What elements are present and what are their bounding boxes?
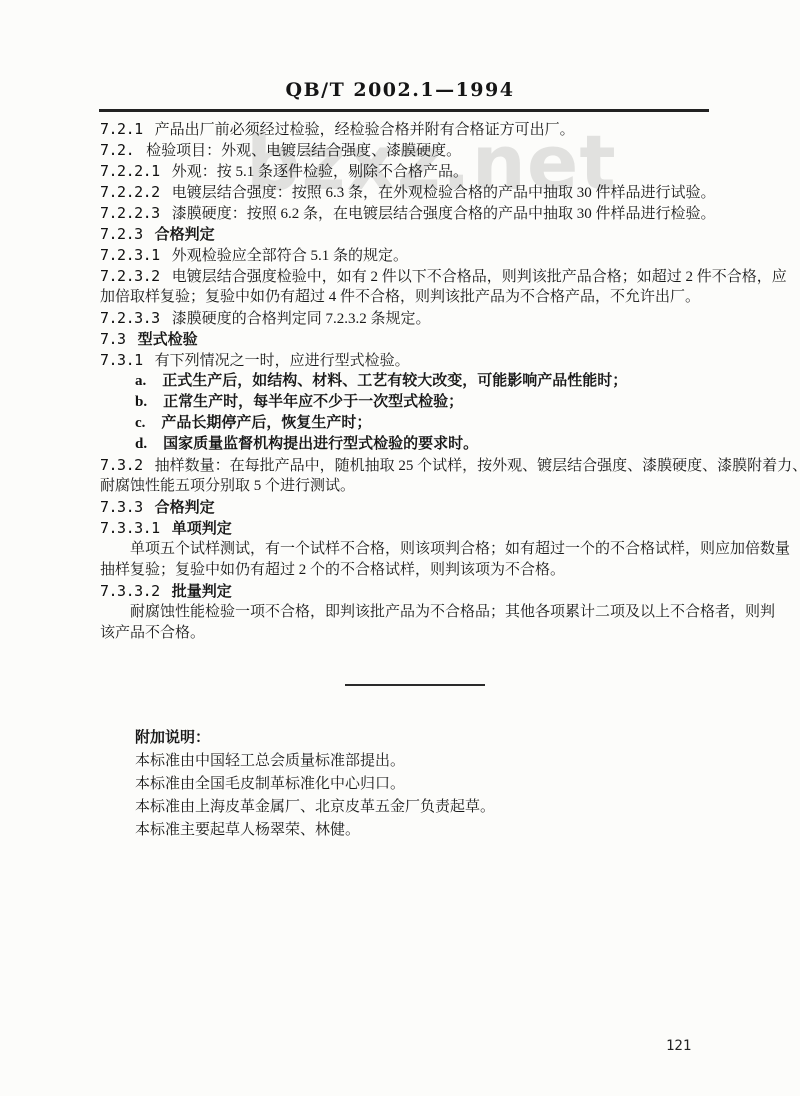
item-text: 正式生产后，如结构、材料、工艺有较大改变，可能影响产品性能时；	[162, 373, 627, 389]
list-item-d: d.国家质量监督机构提出进行型式检验的要求时。	[100, 434, 725, 455]
item-letter: a.	[135, 371, 146, 392]
section-text: 批量判定	[172, 584, 232, 600]
list-item-c: c.产品长期停产后，恢复生产时；	[100, 413, 725, 434]
section-text: 合格判定	[155, 227, 215, 243]
page-number: 121	[666, 1038, 691, 1054]
section-text: 合格判定	[155, 500, 215, 516]
list-item-b: b.正常生产时，每半年应不少于一次型式检验；	[100, 392, 725, 413]
item-letter: d.	[135, 434, 147, 455]
para-7-3-3-2-body: 耐腐蚀性能检验一项不合格，即判该批产品为不合格品；其他各项累计二项及以上不合格者…	[100, 602, 725, 623]
notes-line: 本标准主要起草人杨翠荣、林健。	[135, 819, 495, 842]
para-7-2-3-3: 7.2.3.3漆膜硬度的合格判定同 7.2.3.2 条规定。	[100, 308, 725, 329]
section-number: 7.3.3	[100, 497, 143, 518]
section-number: 7.2.2.1	[100, 161, 160, 182]
notes-title: 附加说明：	[135, 727, 495, 750]
section-number: 7.3	[100, 329, 126, 350]
document-page: QB/T 2002.1—1994 bzxz.net 7.2.1产品出厂前必须经过…	[0, 0, 800, 1096]
item-text: 产品长期停产后，恢复生产时；	[161, 415, 371, 431]
section-text: 外观：按 5.1 条逐件检验，剔除不合格产品。	[172, 164, 468, 180]
continuation-text: 该产品不合格。	[100, 625, 205, 641]
continuation-text: 加倍取样复验；复验中如仍有超过 4 件不合格，则判该批产品为不合格产品，不允许出…	[100, 289, 700, 305]
para-7-3-1: 7.3.1有下列情况之一时，应进行型式检验。	[100, 350, 725, 371]
section-number: 7.2.1	[100, 119, 143, 140]
para-7-3-3-1-body: 单项五个试样测试，有一个试样不合格，则该项判合格；如有超过一个的不合格试样，则应…	[100, 539, 725, 560]
notes-line: 本标准由全国毛皮制革标准化中心归口。	[135, 773, 495, 796]
document-body: 7.2.1产品出厂前必须经过检验，经检验合格并附有合格证方可出厂。 7.2.检验…	[100, 119, 725, 644]
section-text: 产品出厂前必须经过检验，经检验合格并附有合格证方可出厂。	[155, 122, 575, 138]
section-text: 型式检验	[138, 332, 198, 348]
para-7-2-2-1: 7.2.2.1外观：按 5.1 条逐件检验，剔除不合格产品。	[100, 161, 725, 182]
section-number: 7.2.2.2	[100, 182, 160, 203]
item-letter: b.	[135, 392, 147, 413]
paragraph-text: 耐腐蚀性能检验一项不合格，即判该批产品为不合格品；其他各项累计二项及以上不合格者…	[130, 604, 775, 620]
para-7-2-2-3: 7.2.2.3漆膜硬度：按照 6.2 条，在电镀层结合强度合格的产品中抽取 30…	[100, 203, 725, 224]
section-text: 漆膜硬度的合格判定同 7.2.3.2 条规定。	[172, 311, 431, 327]
notes-line: 本标准由上海皮革金属厂、北京皮革五金厂负责起草。	[135, 796, 495, 819]
para-7-2-2-2: 7.2.2.2电镀层结合强度：按照 6.3 条，在外观检验合格的产品中抽取 30…	[100, 182, 725, 203]
section-number: 7.3.3.2	[100, 581, 160, 602]
para-7-3-2-cont: 耐腐蚀性能五项分别取 5 个进行测试。	[100, 476, 725, 497]
heading-7-3-3-1: 7.3.3.1单项判定	[100, 518, 725, 539]
section-number: 7.2.2.3	[100, 203, 160, 224]
section-text: 漆膜硬度：按照 6.2 条，在电镀层结合强度合格的产品中抽取 30 件样品进行检…	[172, 206, 716, 222]
continuation-text: 抽样复验；复验中如仍有超过 2 个的不合格试样，则判该项为不合格。	[100, 562, 565, 578]
para-7-2: 7.2.检验项目：外观、电镀层结合强度、漆膜硬度。	[100, 140, 725, 161]
heading-7-3-3-2: 7.3.3.2批量判定	[100, 581, 725, 602]
section-number: 7.2.3	[100, 224, 143, 245]
para-7-2-3-1: 7.2.3.1外观检验应全部符合 5.1 条的规定。	[100, 245, 725, 266]
para-7-3-3-2-cont: 该产品不合格。	[100, 623, 725, 644]
item-text: 国家质量监督机构提出进行型式检验的要求时。	[163, 436, 478, 452]
section-number: 7.2.3.2	[100, 266, 160, 287]
item-text: 正常生产时，每半年应不少于一次型式检验；	[163, 394, 463, 410]
continuation-text: 耐腐蚀性能五项分别取 5 个进行测试。	[100, 478, 355, 494]
section-text: 抽样数量：在每批产品中，随机抽取 25 个试样，按外观、镀层结合强度、漆膜硬度、…	[155, 458, 800, 474]
section-number: 7.2.3.1	[100, 245, 160, 266]
heading-7-3: 7.3型式检验	[100, 329, 725, 350]
para-7-3-3-1-cont: 抽样复验；复验中如仍有超过 2 个的不合格试样，则判该项为不合格。	[100, 560, 725, 581]
section-number: 7.3.3.1	[100, 518, 160, 539]
section-text: 有下列情况之一时，应进行型式检验。	[155, 353, 410, 369]
para-7-2-1: 7.2.1产品出厂前必须经过检验，经检验合格并附有合格证方可出厂。	[100, 119, 725, 140]
heading-7-3-3: 7.3.3合格判定	[100, 497, 725, 518]
para-7-3-2: 7.3.2抽样数量：在每批产品中，随机抽取 25 个试样，按外观、镀层结合强度、…	[100, 455, 725, 476]
paragraph-text: 单项五个试样测试，有一个试样不合格，则该项判合格；如有超过一个的不合格试样，则应…	[130, 541, 790, 557]
section-text: 外观检验应全部符合 5.1 条的规定。	[172, 248, 408, 264]
section-number: 7.2.	[100, 140, 134, 161]
section-number: 7.3.1	[100, 350, 143, 371]
section-text: 检验项目：外观、电镀层结合强度、漆膜硬度。	[146, 143, 461, 159]
section-end-divider	[345, 684, 485, 686]
para-7-2-3-2-cont: 加倍取样复验；复验中如仍有超过 4 件不合格，则判该批产品为不合格产品，不允许出…	[100, 287, 725, 308]
section-number: 7.2.3.3	[100, 308, 160, 329]
list-item-a: a.正式生产后，如结构、材料、工艺有较大改变，可能影响产品性能时；	[100, 371, 725, 392]
notes-line: 本标准由中国轻工总会质量标准部提出。	[135, 750, 495, 773]
section-number: 7.3.2	[100, 455, 143, 476]
appendix-notes: 附加说明： 本标准由中国轻工总会质量标准部提出。 本标准由全国毛皮制革标准化中心…	[135, 727, 495, 842]
item-letter: c.	[135, 413, 145, 434]
header-rule	[99, 109, 709, 112]
heading-7-2-3: 7.2.3合格判定	[100, 224, 725, 245]
section-text: 单项判定	[172, 521, 232, 537]
section-text: 电镀层结合强度检验中，如有 2 件以下不合格品，则判该批产品合格；如超过 2 件…	[172, 269, 787, 285]
section-text: 电镀层结合强度：按照 6.3 条，在外观检验合格的产品中抽取 30 件样品进行试…	[172, 185, 716, 201]
standard-code-header: QB/T 2002.1—1994	[0, 79, 800, 101]
para-7-2-3-2: 7.2.3.2电镀层结合强度检验中，如有 2 件以下不合格品，则判该批产品合格；…	[100, 266, 725, 287]
